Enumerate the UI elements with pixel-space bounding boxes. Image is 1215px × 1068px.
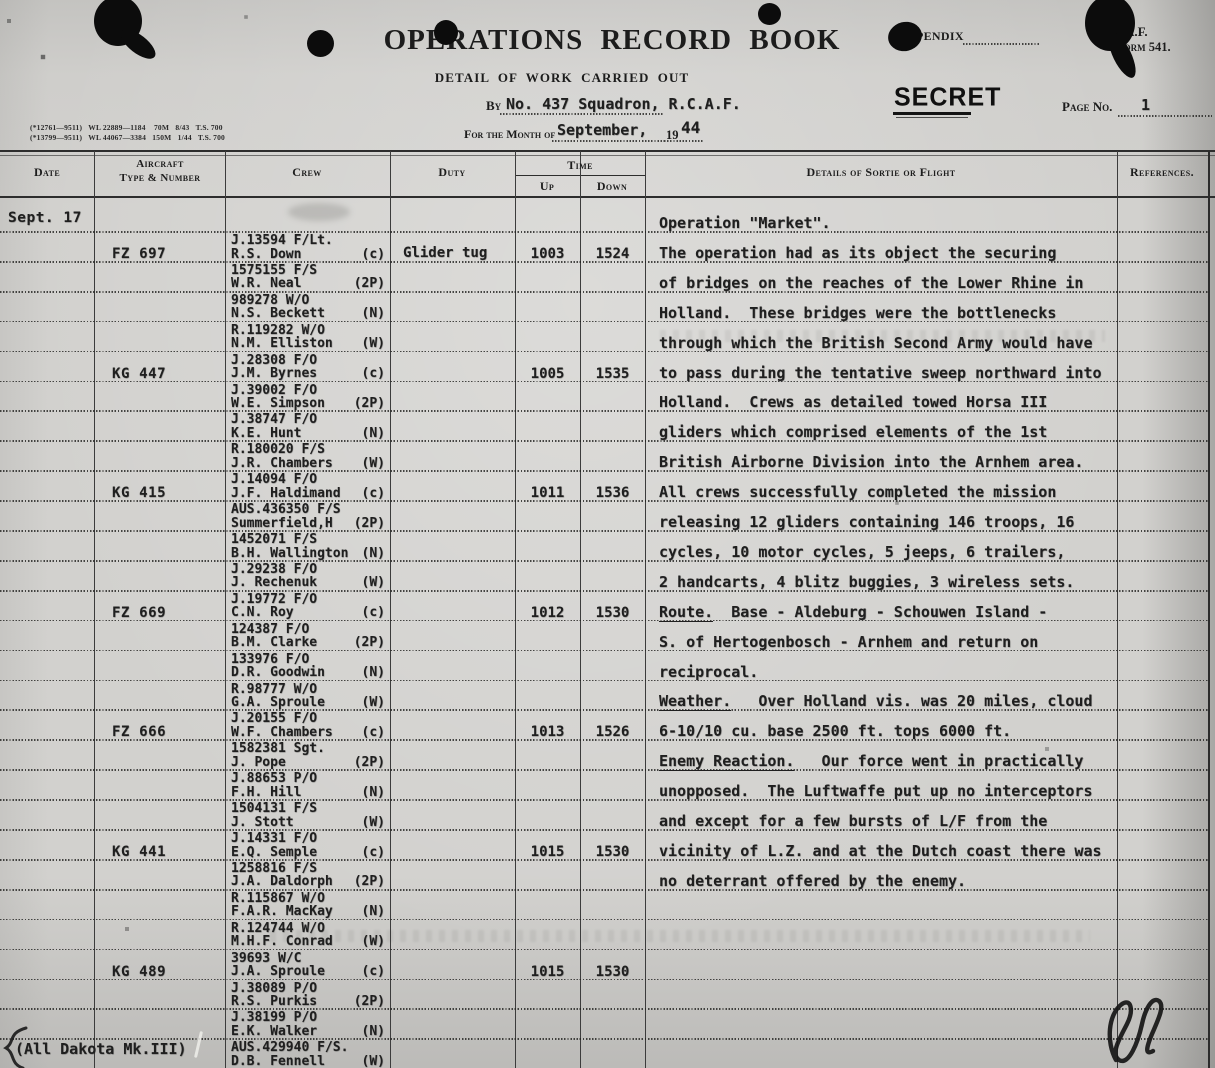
- time-down-value: 1524: [580, 246, 645, 262]
- sortie-detail-text: Holland. Crews as detailed towed Horsa I…: [659, 393, 1047, 411]
- crew-role: (N): [362, 785, 385, 800]
- paper-specks: [0, 0, 2, 2]
- crew-block: 1504131 F/SJ. Stott(W): [231, 801, 387, 829]
- crew-name: C.N. Roy: [231, 605, 294, 620]
- sortie-detail-text: gliders which comprised elements of the …: [659, 423, 1047, 441]
- squadron-value: No. 437 Squadron, R.C.A.F.: [506, 95, 741, 113]
- year-value: 44: [681, 118, 700, 137]
- crew-block: 1582381 Sgt.J. Pope(2P): [231, 741, 387, 769]
- crew-block: J.29238 F/OJ. Rechenuk(W): [231, 562, 387, 590]
- header-date: Date: [34, 165, 60, 180]
- crew-name: D.R. Goodwin: [231, 665, 325, 680]
- crew-block: J.20155 F/OW.F. Chambers(c): [231, 711, 387, 739]
- dakota-footnote: (All Dakota Mk.III): [15, 1040, 187, 1058]
- header-aircraft-line1: Aircraft: [136, 158, 184, 170]
- time-down-value: 1530: [580, 844, 645, 860]
- row-rule: [0, 919, 1208, 921]
- sortie-detail-text: Our force went in practically: [794, 752, 1083, 770]
- crew-block: AUS.436350 F/SSummerfield,H(2P): [231, 502, 387, 530]
- crew-name: Summerfield,H: [231, 516, 333, 531]
- row-rule: [0, 889, 1208, 891]
- crew-role: (W): [362, 815, 385, 830]
- crew-role: (2P): [354, 635, 385, 650]
- sortie-detail-line: Enemy Reaction. Our force went in practi…: [659, 752, 1083, 770]
- crew-role: (N): [362, 1024, 385, 1039]
- crew-block: 124387 F/OB.M. Clarke(2P): [231, 622, 387, 650]
- sortie-detail-line: All crews successfully completed the mis…: [659, 483, 1056, 501]
- sortie-detail-text: 6-10/10 cu. base 2500 ft. tops 6000 ft.: [659, 722, 1011, 740]
- crew-name: D.B. Fennell: [231, 1054, 325, 1068]
- sortie-detail-line: gliders which comprised elements of the …: [659, 423, 1047, 441]
- time-down-value: 1535: [580, 366, 645, 382]
- sortie-detail-text: Over Holland vis. was 20 miles, cloud: [731, 692, 1092, 710]
- header-duty: Duty: [438, 165, 465, 180]
- col-rule-right-edge: [1208, 151, 1210, 1068]
- col-rule-aircraft: [225, 151, 226, 1068]
- ghost-impression-1: [660, 330, 1105, 342]
- crew-block: J.38747 F/OK.E. Hunt(N): [231, 412, 387, 440]
- row-rule: [0, 949, 1208, 951]
- sortie-detail-text: no deterrant offered by the enemy.: [659, 872, 966, 890]
- crew-role: (c): [362, 845, 385, 860]
- time-up-value: 1013: [515, 724, 580, 740]
- crew-name: F.H. Hill: [231, 785, 301, 800]
- col-rule-details: [1117, 151, 1118, 1068]
- crew-role: (c): [362, 725, 385, 740]
- crew-role: (2P): [354, 276, 385, 291]
- crew-block: 1452071 F/SB.H. Wallington(N): [231, 532, 387, 560]
- date-value: Sept. 17: [8, 210, 82, 226]
- crew-role: (2P): [354, 755, 385, 770]
- header-aircraft-line2: Type & Number: [120, 172, 201, 184]
- header-crew: Crew: [292, 165, 321, 180]
- crew-role: (W): [362, 1054, 385, 1068]
- time-up-value: 1011: [515, 485, 580, 501]
- sortie-detail-line: no deterrant offered by the enemy.: [659, 872, 966, 890]
- sortie-detail-text: releasing 12 gliders containing 146 troo…: [659, 513, 1074, 531]
- sortie-detail-underlined-term: Route.: [659, 603, 713, 622]
- print-code-line1: (*12761—9511) WL 22889—1184 70M 8/43 T.S…: [30, 123, 223, 132]
- aircraft-number: KG 441: [112, 844, 166, 860]
- crew-block: J.14331 F/OE.Q. Semple(c): [231, 831, 387, 859]
- crew-name: B.M. Clarke: [231, 635, 317, 650]
- crew-name: J.R. Chambers: [231, 456, 333, 471]
- crew-block: R.119282 W/ON.M. Elliston(W): [231, 323, 387, 351]
- sortie-detail-line: 6-10/10 cu. base 2500 ft. tops 6000 ft.: [659, 722, 1011, 740]
- handwritten-signature: [1092, 986, 1184, 1068]
- crew-block: J.38199 P/OE.K. Walker(N): [231, 1010, 387, 1038]
- crew-block: R.115867 W/OF.A.R. MacKay(N): [231, 891, 387, 919]
- crew-name: B.H. Wallington: [231, 546, 348, 561]
- table-top-rule: [0, 150, 1215, 152]
- sortie-detail-text: British Airborne Division into the Arnhe…: [659, 453, 1083, 471]
- row-rule: [0, 680, 1208, 682]
- time-down-value: 1536: [580, 485, 645, 501]
- secret-stamp: SECRET: [894, 82, 1001, 112]
- sortie-detail-line: 2 handcarts, 4 blitz buggies, 3 wireless…: [659, 573, 1074, 591]
- crew-role: (W): [362, 695, 385, 710]
- aircraft-number: FZ 666: [112, 724, 166, 740]
- crew-block: 989278 W/ON.S. Beckett(N): [231, 293, 387, 321]
- crew-role: (c): [362, 964, 385, 979]
- sortie-detail-line: vicinity of L.Z. and at the Dutch coast …: [659, 842, 1102, 860]
- crew-name: W.E. Simpson: [231, 396, 325, 411]
- appendix-underline: [963, 43, 1039, 45]
- time-up-value: 1003: [515, 246, 580, 262]
- header-details: Details of Sortie or Flight: [806, 165, 955, 180]
- sortie-detail-line: The operation had as its object the secu…: [659, 244, 1056, 262]
- page-subtitle: DETAIL OF WORK CARRIED OUT: [435, 70, 690, 86]
- time-up-value: 1012: [515, 605, 580, 621]
- time-up-value: 1015: [515, 964, 580, 980]
- print-code-line2: (*13799—9511) WL 44067—3384 150M 1/44 T.…: [30, 133, 225, 142]
- row-rule: [0, 231, 1208, 233]
- crew-role: (2P): [354, 874, 385, 889]
- crew-block: 39693 W/CJ.A. Sproule(c): [231, 951, 387, 979]
- aircraft-number: KG 489: [112, 964, 166, 980]
- crew-block: R.180020 F/SJ.R. Chambers(W): [231, 442, 387, 470]
- sortie-detail-text: and except for a few bursts of L/F from …: [659, 812, 1047, 830]
- crew-name: F.A.R. MacKay: [231, 904, 333, 919]
- sortie-detail-line: releasing 12 gliders containing 146 troo…: [659, 513, 1074, 531]
- sortie-detail-text: to pass during the tentative sweep north…: [659, 364, 1102, 382]
- time-up-value: 1015: [515, 844, 580, 860]
- sortie-detail-text: Operation "Market".: [659, 214, 831, 232]
- sortie-detail-underlined-term: Enemy Reaction.: [659, 752, 794, 771]
- punch-hole-teardrop-left: [92, 0, 167, 69]
- crew-role: (N): [362, 665, 385, 680]
- crew-role: (c): [362, 605, 385, 620]
- crew-name: E.K. Walker: [231, 1024, 317, 1039]
- sortie-detail-line: cycles, 10 motor cycles, 5 jeeps, 6 trai…: [659, 543, 1065, 561]
- sortie-detail-line: Holland. These bridges were the bottlene…: [659, 304, 1056, 322]
- crew-name: G.A. Sproule: [231, 695, 325, 710]
- month-underline: [552, 140, 664, 142]
- row-rule: [0, 1038, 1208, 1040]
- appendix-label: PENDIX: [916, 29, 964, 44]
- crew-block: 133976 F/OD.R. Goodwin(N): [231, 652, 387, 680]
- sortie-detail-line: S. of Hertogenbosch - Arnhem and return …: [659, 633, 1038, 651]
- crew-name: J.A. Sproule: [231, 964, 325, 979]
- sortie-detail-text: Holland. These bridges were the bottlene…: [659, 304, 1056, 322]
- col-rule-date: [94, 151, 95, 1068]
- crew-role: (c): [362, 366, 385, 381]
- crew-role: (c): [362, 486, 385, 501]
- ink-blob-appendix: [885, 18, 925, 54]
- row-rule: [0, 1008, 1208, 1010]
- header-references: References.: [1130, 165, 1194, 180]
- sortie-detail-text: reciprocal.: [659, 663, 758, 681]
- crew-role: (2P): [354, 516, 385, 531]
- aircraft-number: FZ 697: [112, 246, 166, 262]
- crew-name: E.Q. Semple: [231, 845, 317, 860]
- sortie-detail-text: unopposed. The Luftwaffe put up no inter…: [659, 782, 1092, 800]
- punch-hole-dot-2: [434, 20, 458, 45]
- crew-role: (W): [362, 575, 385, 590]
- header-time: Time: [567, 158, 593, 173]
- sortie-detail-text: vicinity of L.Z. and at the Dutch coast …: [659, 842, 1102, 860]
- sortie-detail-text: S. of Hertogenbosch - Arnhem and return …: [659, 633, 1038, 651]
- punch-hole-teardrop-right: [1082, 0, 1162, 85]
- sortie-detail-text: of bridges on the reaches of the Lower R…: [659, 274, 1083, 292]
- crew-name: N.S. Beckett: [231, 306, 325, 321]
- punch-hole-dot-1: [307, 30, 334, 57]
- time-up-value: 1005: [515, 366, 580, 382]
- secret-underline-thin: [896, 117, 968, 118]
- time-down-value: 1530: [580, 964, 645, 980]
- sortie-detail-text: Base - Aldeburg - Schouwen Island -: [713, 603, 1047, 621]
- punch-hole-dot-3: [758, 3, 781, 25]
- aircraft-number: KG 415: [112, 485, 166, 501]
- sortie-detail-line: Route. Base - Aldeburg - Schouwen Island…: [659, 603, 1047, 621]
- crew-block: 1575155 F/SW.R. Neal(2P): [231, 263, 387, 291]
- table-header-bottom-rule: [0, 196, 1215, 198]
- crew-name: J. Pope: [231, 755, 286, 770]
- header-time-up: Up: [540, 179, 554, 194]
- crew-name: R.S. Down: [231, 247, 301, 262]
- aircraft-number: KG 447: [112, 366, 166, 382]
- sortie-detail-line: unopposed. The Luftwaffe put up no inter…: [659, 782, 1092, 800]
- page-no-value: 1: [1141, 96, 1150, 114]
- sortie-detail-line: Weather. Over Holland vis. was 20 miles,…: [659, 692, 1092, 710]
- crew-block: J.38089 P/OR.S. Purkis(2P): [231, 981, 387, 1009]
- crew-role: (W): [362, 456, 385, 471]
- crew-block: AUS.429940 F/S.D.B. Fennell(W): [231, 1040, 387, 1068]
- table-top-rule-2: [0, 155, 1215, 156]
- page-no-underline: [1118, 115, 1212, 117]
- sortie-detail-line: reciprocal.: [659, 663, 758, 681]
- crew-name: R.S. Purkis: [231, 994, 317, 1009]
- sortie-detail-underlined-term: Weather.: [659, 692, 731, 711]
- sortie-detail-text: cycles, 10 motor cycles, 5 jeeps, 6 trai…: [659, 543, 1065, 561]
- sortie-detail-text: 2 handcarts, 4 blitz buggies, 3 wireless…: [659, 573, 1074, 591]
- sortie-detail-text: The operation had as its object the secu…: [659, 244, 1056, 262]
- squadron-underline: [500, 113, 664, 115]
- crew-block: J.19772 F/OC.N. Roy(c): [231, 592, 387, 620]
- crew-block: R.98777 W/OG.A. Sproule(W): [231, 682, 387, 710]
- crew-role: (N): [362, 426, 385, 441]
- crew-name: J.M. Byrnes: [231, 366, 317, 381]
- crew-role: (N): [362, 306, 385, 321]
- operations-record-book-page: { "colors": {"paper": "#d2d1ce", "ink": …: [0, 0, 1215, 1068]
- sortie-detail-line: British Airborne Division into the Arnhe…: [659, 453, 1083, 471]
- crew-role: (N): [362, 904, 385, 919]
- crew-role: (2P): [354, 994, 385, 1009]
- crew-block: J.14094 F/OJ.F. Haldimand(c): [231, 472, 387, 500]
- paper-scratch: [194, 1031, 203, 1058]
- crew-name: J. Rechenuk: [231, 575, 317, 590]
- crew-name: N.M. Elliston: [231, 336, 333, 351]
- crew-block: 1258816 F/SJ.A. Daldorph(2P): [231, 861, 387, 889]
- sortie-detail-line: to pass during the tentative sweep north…: [659, 364, 1102, 382]
- sortie-detail-line: and except for a few bursts of L/F from …: [659, 812, 1047, 830]
- crew-block: J.39002 F/OW.E. Simpson(2P): [231, 383, 387, 411]
- crew-name: J. Stott: [231, 815, 294, 830]
- time-down-value: 1526: [580, 724, 645, 740]
- sortie-detail-text: All crews successfully completed the mis…: [659, 483, 1056, 501]
- crew-role: (W): [362, 336, 385, 351]
- paper-smudge: [288, 203, 350, 221]
- crew-role: (2P): [354, 396, 385, 411]
- sortie-detail-line: Operation "Market".: [659, 214, 831, 232]
- time-down-value: 1530: [580, 605, 645, 621]
- month-value: September,: [557, 121, 647, 139]
- crew-role: (c): [362, 247, 385, 262]
- page-no-label: Page No.: [1062, 99, 1112, 115]
- secret-underline-thick: [893, 112, 971, 115]
- duty-value: Glider tug: [403, 245, 487, 261]
- crew-name: J.A. Daldorph: [231, 874, 333, 889]
- year-underline: [664, 140, 704, 142]
- month-label: For the Month of: [464, 127, 555, 142]
- handwritten-brace: [1, 1026, 31, 1068]
- crew-name: W.R. Neal: [231, 276, 301, 291]
- header-time-down: Down: [597, 179, 627, 194]
- crew-name: W.F. Chambers: [231, 725, 333, 740]
- crew-name: J.F. Haldimand: [231, 486, 341, 501]
- by-label: By: [486, 98, 501, 114]
- crew-name: K.E. Hunt: [231, 426, 301, 441]
- sortie-detail-line: of bridges on the reaches of the Lower R…: [659, 274, 1083, 292]
- crew-block: J.13594 F/Lt.R.S. Down(c): [231, 233, 387, 261]
- crew-block: J.28308 F/OJ.M. Byrnes(c): [231, 353, 387, 381]
- crew-role: (N): [362, 546, 385, 561]
- crew-block: J.88653 P/OF.H. Hill(N): [231, 771, 387, 799]
- sortie-detail-line: Holland. Crews as detailed towed Horsa I…: [659, 393, 1047, 411]
- ghost-impression-2: [270, 930, 1090, 942]
- aircraft-number: FZ 669: [112, 605, 166, 621]
